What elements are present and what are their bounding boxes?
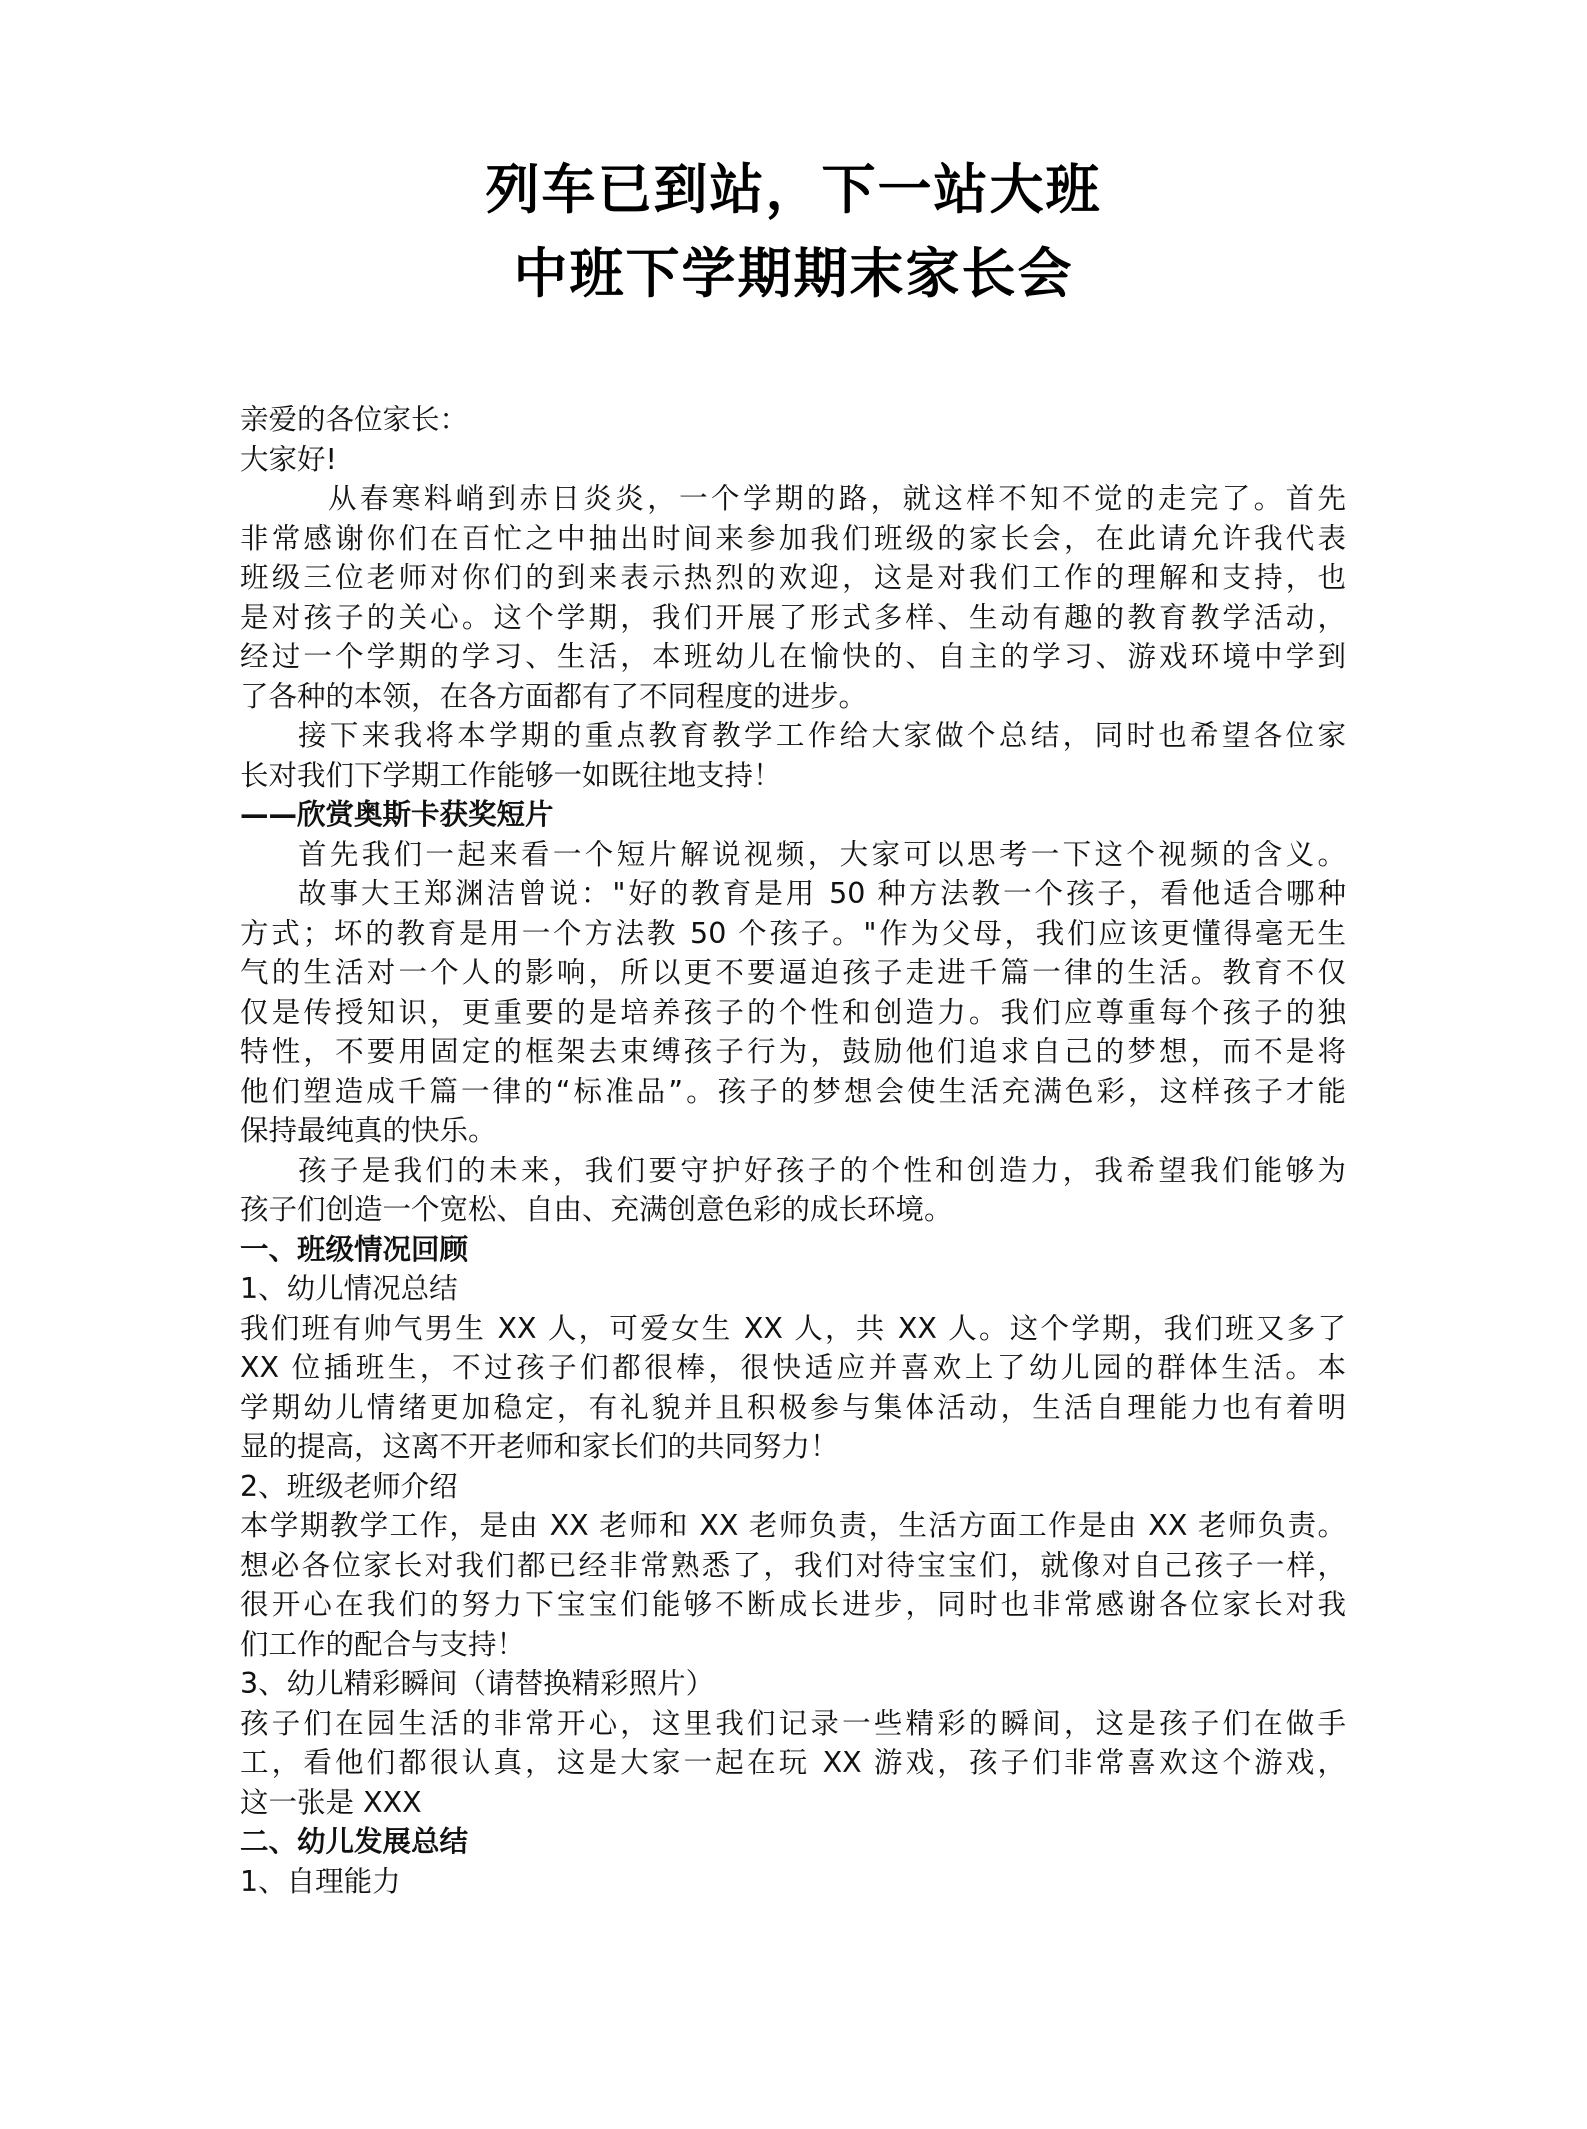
paragraph-line: 经过一个学期的学习、生活，本班幼儿在愉快的、自主的学习、游戏环境中学到: [240, 637, 1346, 677]
paragraph-line: 孩子们在园生活的非常开心，这里我们记录一些精彩的瞬间，这是孩子们在做手: [240, 1704, 1346, 1744]
paragraph-line: 了各种的本领，在各方面都有了不同程度的进步。: [240, 677, 1346, 717]
paragraph-line: 本学期教学工作，是由 XX 老师和 XX 老师负责，生活方面工作是由 XX 老师…: [240, 1506, 1346, 1546]
paragraph-line: 孩子是我们的未来，我们要守护好孩子的个性和创造力，我希望我们能够为: [240, 1151, 1346, 1191]
document-title-line2: 中班下学期期末家长会: [0, 246, 1587, 300]
document-body: 亲爱的各位家长： 大家好! 从春寒料峭到赤日炎炎，一个学期的路，就这样不知不觉的…: [240, 400, 1346, 1901]
paragraph-line: 特性，不要用固定的框架去束缚孩子行为，鼓励他们追求自己的梦想，而不是将: [240, 1032, 1346, 1072]
quote-paragraph: 故事大王郑渊洁曾说："好的教育是用 50 种方法教一个孩子，看他适合哪种 方式；…: [240, 874, 1346, 1151]
subheading-self-care: 1、自理能力: [240, 1862, 1346, 1902]
paragraph-line: 从春寒料峭到赤日炎炎，一个学期的路，就这样不知不觉的走完了。首先: [240, 479, 1346, 519]
paragraph-line: 接下来我将本学期的重点教育教学工作给大家做个总结，同时也希望各位家: [240, 716, 1346, 756]
paragraph-line: 是对孩子的关心。这个学期，我们开展了形式多样、生动有趣的教育教学活动，: [240, 598, 1346, 638]
future-paragraph: 孩子是我们的未来，我们要守护好孩子的个性和创造力，我希望我们能够为 孩子们创造一…: [240, 1151, 1346, 1230]
section-heading-development: 二、幼儿发展总结: [240, 1822, 1346, 1862]
section-heading-class-review: 一、班级情况回顾: [240, 1230, 1346, 1270]
paragraph-line: 工，看他们都很认真，这是大家一起在玩 XX 游戏，孩子们非常喜欢这个游戏，: [240, 1743, 1346, 1783]
paragraph-line: 们工作的配合与支持！: [240, 1625, 1346, 1665]
salutation: 亲爱的各位家长：: [240, 400, 1346, 440]
paragraph-line: 非常感谢你们在百忙之中抽出时间来参加我们班级的家长会，在此请允许我代表: [240, 519, 1346, 559]
paragraph-line: 班级三位老师对你们的到来表示热烈的欢迎，这是对我们工作的理解和支持，也: [240, 558, 1346, 598]
paragraph-line: 想必各位家长对我们都已经非常熟悉了，我们对待宝宝们，就像对自己孩子一样，: [240, 1546, 1346, 1586]
paragraph-line: 很开心在我们的努力下宝宝们能够不断成长进步，同时也非常感谢各位家长对我: [240, 1585, 1346, 1625]
document-page: 列车已到站，下一站大班 中班下学期期末家长会 亲爱的各位家长： 大家好! 从春寒…: [0, 0, 1587, 2129]
film-heading: ——欣赏奥斯卡获奖短片: [240, 795, 1346, 835]
film-intro: 首先我们一起来看一个短片解说视频，大家可以思考一下这个视频的含义。: [240, 835, 1346, 875]
subheading-highlights: 3、幼儿精彩瞬间（请替换精彩照片）: [240, 1664, 1346, 1704]
paragraph-line: 长对我们下学期工作能够一如既往地支持！: [240, 756, 1346, 796]
paragraph-line: 我们班有帅气男生 XX 人，可爱女生 XX 人，共 XX 人。这个学期，我们班又…: [240, 1309, 1346, 1349]
highlights-paragraph: 孩子们在园生活的非常开心，这里我们记录一些精彩的瞬间，这是孩子们在做手 工，看他…: [240, 1704, 1346, 1823]
paragraph-line: 孩子们创造一个宽松、自由、充满创意色彩的成长环境。: [240, 1190, 1346, 1230]
paragraph-line: 仅是传授知识，更重要的是培养孩子的个性和创造力。我们应尊重每个孩子的独: [240, 993, 1346, 1033]
subheading-teacher-intro: 2、班级老师介绍: [240, 1467, 1346, 1507]
document-title-line1: 列车已到站，下一站大班: [0, 162, 1587, 216]
paragraph-line: XX 位插班生，不过孩子们都很棒，很快适应并喜欢上了幼儿园的群体生活。本: [240, 1348, 1346, 1388]
subheading-children-summary: 1、幼儿情况总结: [240, 1269, 1346, 1309]
paragraph-line: 他们塑造成千篇一律的“标准品”。孩子的梦想会使生活充满色彩，这样孩子才能: [240, 1072, 1346, 1112]
paragraph-line: 气的生活对一个人的影响，所以更不要逼迫孩子走进千篇一律的生活。教育不仅: [240, 953, 1346, 993]
intro-paragraph: 从春寒料峭到赤日炎炎，一个学期的路，就这样不知不觉的走完了。首先 非常感谢你们在…: [240, 479, 1346, 716]
paragraph-line: 学期幼儿情绪更加稳定，有礼貌并且积极参与集体活动，生活自理能力也有着明: [240, 1388, 1346, 1428]
summary-paragraph: 接下来我将本学期的重点教育教学工作给大家做个总结，同时也希望各位家 长对我们下学…: [240, 716, 1346, 795]
paragraph-line: 这一张是 XXX: [240, 1783, 1346, 1823]
teacher-intro-paragraph: 本学期教学工作，是由 XX 老师和 XX 老师负责，生活方面工作是由 XX 老师…: [240, 1506, 1346, 1664]
paragraph-line: 故事大王郑渊洁曾说："好的教育是用 50 种方法教一个孩子，看他适合哪种: [240, 874, 1346, 914]
paragraph-line: 方式；坏的教育是用一个方法教 50 个孩子。"作为父母，我们应该更懂得毫无生: [240, 914, 1346, 954]
children-summary-paragraph: 我们班有帅气男生 XX 人，可爱女生 XX 人，共 XX 人。这个学期，我们班又…: [240, 1309, 1346, 1467]
greeting: 大家好!: [240, 440, 1346, 480]
paragraph-line: 保持最纯真的快乐。: [240, 1111, 1346, 1151]
paragraph-line: 显的提高，这离不开老师和家长们的共同努力！: [240, 1427, 1346, 1467]
